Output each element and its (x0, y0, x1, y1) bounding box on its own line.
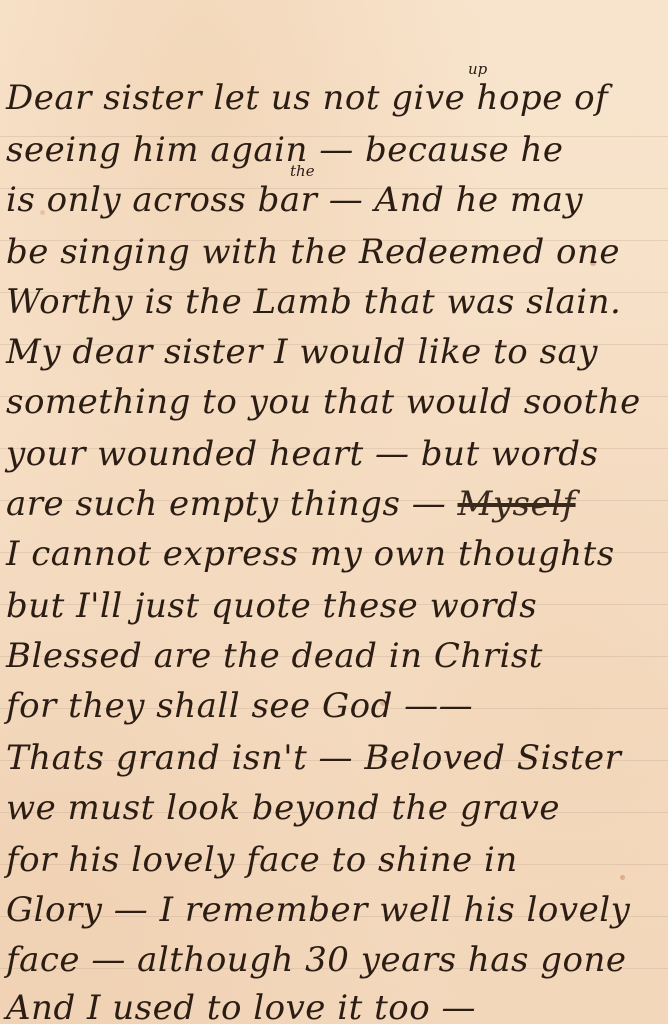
letter-line-14: Thats grand isn't — Beloved Sister (6, 736, 668, 780)
letter-line-13: for they shall see God —— (6, 684, 668, 728)
letter-line-7: something to you that would soothe (6, 380, 668, 424)
letter-line-9: are such empty things — Myself (6, 482, 668, 526)
line-9-text: are such empty things — (6, 484, 446, 524)
letter-page: up the Dear sister let us not give hope … (0, 0, 668, 1024)
letter-line-3: is only across bar — And he may (6, 178, 668, 222)
letter-line-8: your wounded heart — but words (6, 432, 668, 476)
letter-line-1: Dear sister let us not give hope of (6, 76, 668, 120)
letter-line-2: seeing him again — because he (6, 128, 668, 172)
letter-line-6: My dear sister I would like to say (6, 330, 668, 374)
letter-line-5: Worthy is the Lamb that was slain. (6, 280, 668, 324)
letter-line-10: I cannot express my own thoughts (6, 532, 668, 576)
letter-line-18: face — although 30 years has gone (6, 938, 668, 982)
letter-line-4: be singing with the Redeemed one (6, 230, 668, 274)
struck-out-word: Myself (458, 484, 576, 524)
letter-line-12: Blessed are the dead in Christ (6, 634, 668, 678)
letter-line-19: And I used to love it too — (6, 986, 668, 1024)
letter-line-15: we must look beyond the grave (6, 786, 668, 830)
letter-line-16: for his lovely face to shine in (6, 838, 668, 882)
letter-line-11: but I'll just quote these words (6, 584, 668, 628)
letter-line-17: Glory — I remember well his lovely (6, 888, 668, 932)
